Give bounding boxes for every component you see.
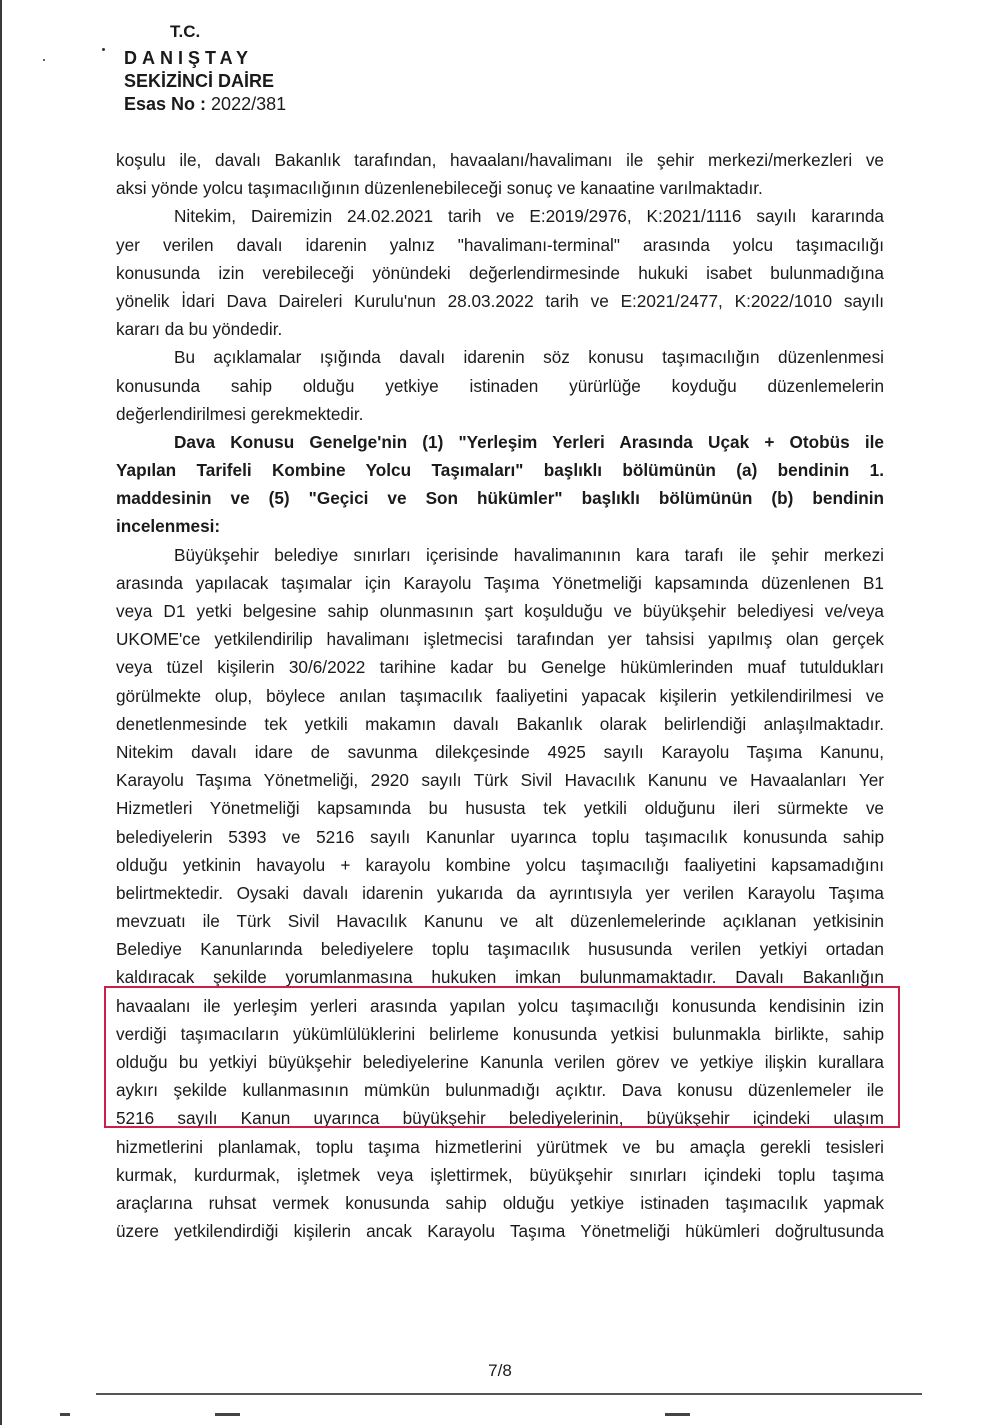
- text-line: mevzuatı ile Türk Sivil Havacılık Kanunu…: [116, 907, 884, 935]
- text-line: araçlarına ruhsat vermek konusunda sahip…: [116, 1189, 884, 1217]
- case-label: Esas No :: [124, 94, 206, 114]
- text-line: Büyükşehir belediye sınırları içerisinde…: [116, 541, 884, 569]
- text-line: kurmak, kurdurmak, işletmek veya işletti…: [116, 1161, 884, 1189]
- scan-noise: [665, 1413, 690, 1416]
- case-number-value: 2022/381: [211, 94, 286, 114]
- scan-left-edge: [0, 0, 2, 1425]
- text-line: aksi yönde yolcu taşımacılığının düzenle…: [116, 174, 884, 202]
- text-line: Karayolu Taşıma Yönetmeliği, 2920 sayılı…: [116, 766, 884, 794]
- chamber-name: SEKİZİNCİ DAİRE: [124, 71, 274, 92]
- scan-speck: [43, 59, 45, 61]
- text-line: konusunda izin verebileceği yönündeki de…: [116, 259, 884, 287]
- case-number: Esas No : 2022/381: [124, 94, 286, 115]
- country-label: T.C.: [170, 22, 200, 42]
- text-line: koşulu ile, davalı Bakanlık tarafından, …: [116, 146, 884, 174]
- text-line: kararı da bu yöndedir.: [116, 315, 884, 343]
- text-line: değerlendirilmesi gerekmektedir.: [116, 400, 884, 428]
- text-line: belediyelerin 5393 ve 5216 sayılı Kanunl…: [116, 823, 884, 851]
- text-line: Yapılan Tarifeli Kombine Yolcu Taşımalar…: [116, 456, 884, 484]
- text-line: yer verilen davalı idarenin yalnız "hava…: [116, 231, 884, 259]
- scan-speck: [102, 48, 105, 51]
- text-line: Nitekim, Dairemizin 24.02.2021 tarih ve …: [116, 202, 884, 230]
- text-line: UKOME'ce yetkilendirilip havalimanı işle…: [116, 625, 884, 653]
- text-line: görülmekte olup, böylece anılan taşımacı…: [116, 682, 884, 710]
- scan-noise: [60, 1413, 70, 1416]
- text-line: yönelik İdari Dava Daireleri Kurulu'nun …: [116, 287, 884, 315]
- institution-name: DANIŞTAY: [124, 48, 253, 69]
- text-line: belirtmektedir. Oysaki davalı idarenin y…: [116, 879, 884, 907]
- footer-rule: [96, 1393, 922, 1395]
- text-line: Dava Konusu Genelge'nin (1) "Yerleşim Ye…: [116, 428, 884, 456]
- page-number: 7/8: [0, 1361, 1000, 1381]
- text-line: veya D1 yetki belgesine sahip olunmasını…: [116, 597, 884, 625]
- text-line: Nitekim davalı idare de savunma dilekçes…: [116, 738, 884, 766]
- text-line: maddesinin ve (5) "Geçici ve Son hükümle…: [116, 484, 884, 512]
- text-line: Hizmetleri Yönetmeliği kapsamında bu hus…: [116, 794, 884, 822]
- text-line: arasında yapılacak taşımalar için Karayo…: [116, 569, 884, 597]
- text-line: veya tüzel kişilerin 30/6/2022 tarihine …: [116, 653, 884, 681]
- text-line: denetlenmesinde tek yetkili makamın dava…: [116, 710, 884, 738]
- text-line: hizmetlerini planlamak, toplu taşıma hiz…: [116, 1133, 884, 1161]
- text-line: üzere yetkilendirdiği kişilerin ancak Ka…: [116, 1217, 884, 1245]
- text-line: Belediye Kanunlarında belediyelere toplu…: [116, 935, 884, 963]
- highlight-box: [104, 986, 900, 1128]
- text-line: konusunda sahip olduğu yetkiye istinaden…: [116, 372, 884, 400]
- text-line: Bu açıklamalar ışığında davalı idarenin …: [116, 343, 884, 371]
- text-line: olduğu yetkinin havayolu + karayolu komb…: [116, 851, 884, 879]
- text-line: incelenmesi:: [116, 512, 884, 540]
- scan-noise: [215, 1413, 240, 1416]
